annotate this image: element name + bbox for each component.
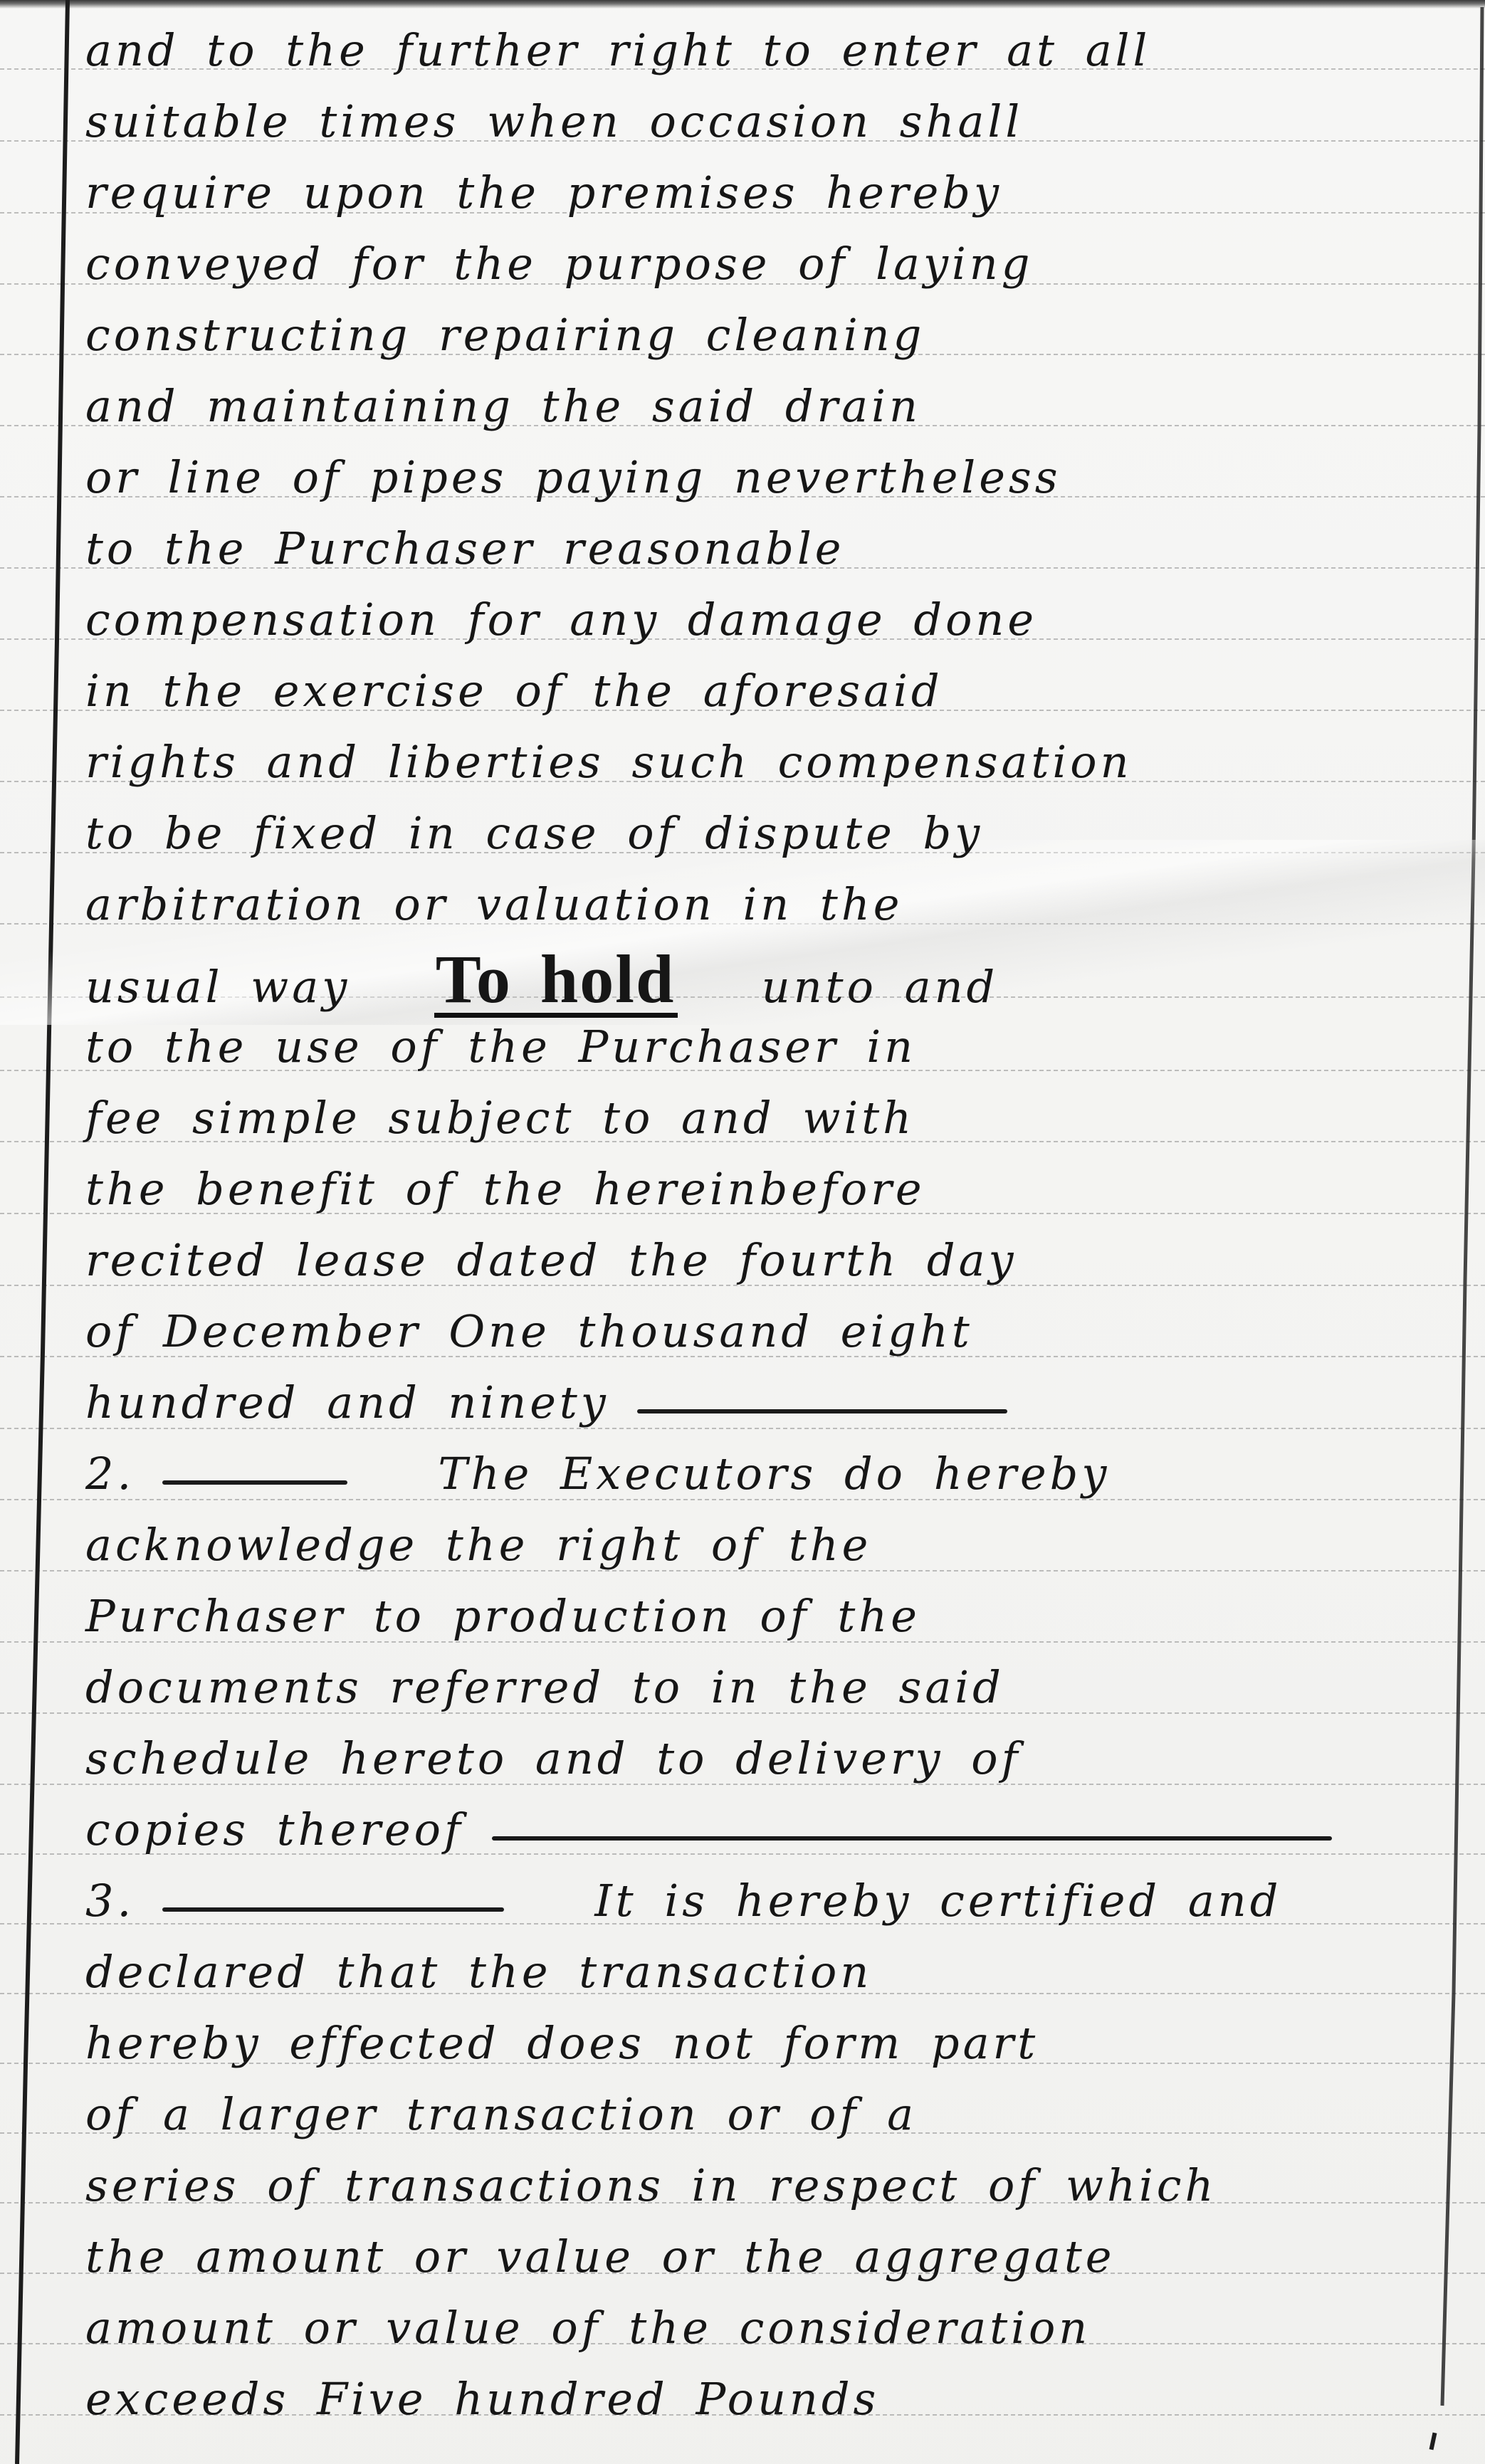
text-line-ninety: hundred and ninety [85,1381,1007,1425]
text-line: acknowledge the right of the [85,1523,871,1567]
clause-number: 3. [85,1875,135,1927]
text-line: or line of pipes paying nevertheless [85,456,1061,500]
text-segment: The Executors do hereby [438,1448,1110,1500]
clause-number: 2. [85,1448,135,1500]
page-top-edge [0,0,1485,9]
text-line: the amount or value or the aggregate [85,2235,1115,2279]
clause-2-line: 2. The Executors do hereby [85,1452,1110,1496]
page-mark [1429,2433,1437,2450]
text-line: fee simple subject to and with [85,1096,915,1140]
text-line: declared that the transaction [85,1950,872,1994]
text-segment: copies thereof [85,1804,464,1855]
text-line: to the Purchaser reasonable [85,527,845,571]
text-line: rights and liberties such compensation [85,740,1133,784]
text-line-copies: copies thereof [85,1808,1332,1852]
text-segment: unto and [762,961,998,1013]
text-line: hereby effected does not form part [85,2021,1039,2065]
text-line: conveyed for the purpose of laying [85,242,1033,286]
text-line: and maintaining the said drain [85,384,921,428]
text-line-to-hold: usual way To hold unto and [85,947,998,1018]
text-line: to the use of the Purchaser in [85,1025,916,1069]
text-line: recited lease dated the fourth day [85,1238,1017,1283]
end-of-paragraph-rule [492,1836,1332,1841]
clause-rule [162,1480,347,1485]
text-line: the benefit of the hereinbefore [85,1167,925,1211]
text-line: compensation for any damage done [85,598,1037,642]
document-page: and to the further right to enter at all… [0,0,1485,2464]
text-line: and to the further right to enter at all [85,28,1150,73]
text-segment: It is hereby certified and [594,1875,1281,1927]
text-line: of December One thousand eight [85,1310,973,1354]
text-line: exceeds Five hundred Pounds [85,2377,879,2421]
text-line: suitable times when occasion shall [85,100,1023,144]
text-line: in the exercise of the aforesaid [85,669,943,713]
text-segment: hundred and ninety [85,1376,609,1428]
text-segment: usual way [85,961,350,1013]
text-line: of a larger transaction or of a [85,2092,917,2137]
text-line: to be fixed in case of dispute by [85,811,983,855]
text-line: Purchaser to production of the [85,1594,920,1638]
clause-3-line: 3. It is hereby certified and [85,1879,1281,1923]
text-line: arbitration or valuation in the [85,883,903,927]
clause-rule [162,1907,504,1912]
text-line: require upon the premises hereby [85,171,1002,215]
text-line: constructing repairing cleaning [85,313,925,357]
text-line: series of transactions in respect of whi… [85,2164,1217,2208]
text-line: amount or value of the consideration [85,2306,1091,2350]
heading-to-hold: To hold [434,947,678,1018]
end-of-paragraph-rule [637,1409,1007,1413]
text-line: schedule hereto and to delivery of [85,1737,1022,1781]
text-line: documents referred to in the said [85,1665,1004,1710]
